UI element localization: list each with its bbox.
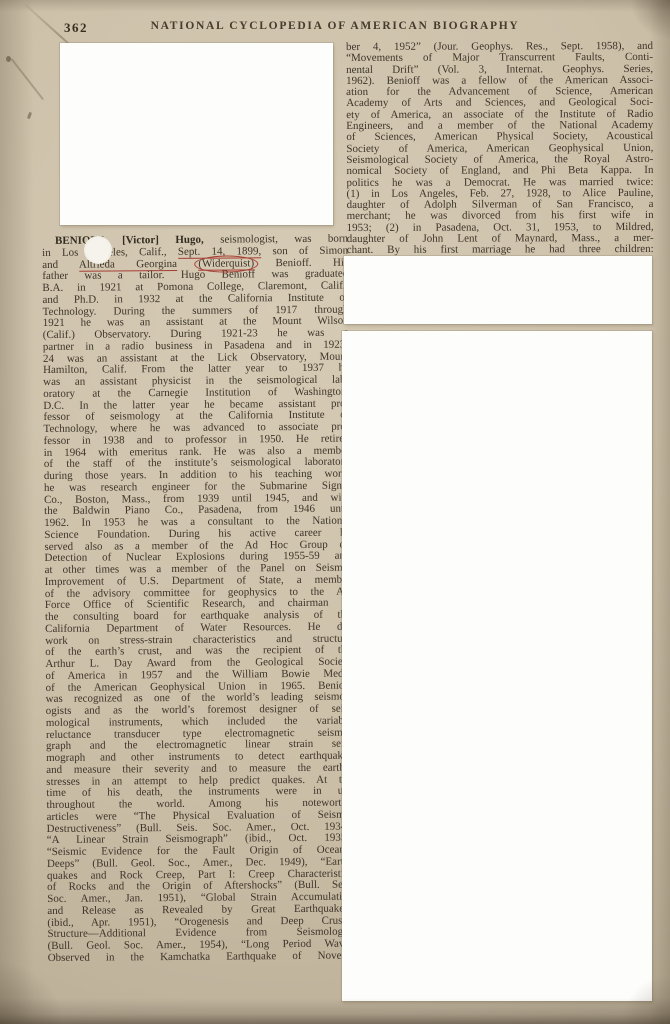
text-line: chant. By his first marriage he had thre…	[347, 244, 654, 256]
paper-crease-mark	[10, 58, 44, 100]
left-column: BENIOFF, [Victor] Hugo, seismologist, wa…	[42, 234, 354, 965]
text-segment: Benioff. His	[275, 256, 348, 269]
paper-speck	[6, 56, 11, 62]
hole-punch-mark	[84, 236, 112, 264]
left-column-lines: father was a tailor. Hugo Benioff was gr…	[42, 269, 353, 965]
text-segment: son of Simon	[272, 244, 348, 257]
red-circle-annotation: (Widerquist)	[198, 257, 254, 270]
page-header-title: NATIONAL CYCLOPEDIA OF AMERICAN BIOGRAPH…	[0, 20, 670, 32]
text-line: Observed in the Kamchatka Earthquake of …	[48, 950, 354, 964]
scanned-book-page: 362 NATIONAL CYCLOPEDIA OF AMERICAN BIOG…	[0, 0, 670, 1024]
paper-speck	[27, 112, 32, 120]
text-segment: and	[42, 258, 58, 270]
right-column: ber 4, 1952” (Jour. Geophys. Res., Sept.…	[346, 41, 654, 257]
whiteout-box-portrait	[60, 43, 333, 225]
whiteout-box-right-top	[344, 256, 652, 324]
right-column-lines: ber 4, 1952” (Jour. Geophys. Res., Sept.…	[346, 41, 654, 257]
whiteout-box-right-bottom	[342, 331, 652, 1001]
